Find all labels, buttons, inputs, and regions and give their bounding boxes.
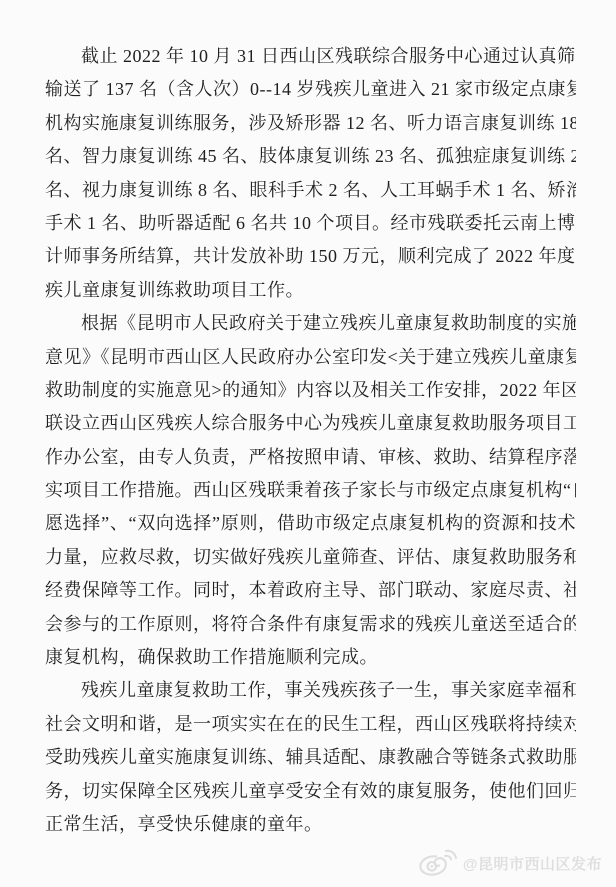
text-line: 作办公室，由专人负责，严格按照申请、审核、救助、结算程序落 — [45, 441, 576, 474]
text-line: 务，切实保障全区残疾儿童享受安全有效的康复服务，使他们回归 — [45, 775, 576, 808]
text-line: 正常生活，享受快乐健康的童年。 — [45, 808, 576, 841]
paragraph: 截止 2022 年 10 月 31 日西山区残联综合服务中心通过认真筛查 输送了… — [45, 40, 576, 307]
text-line: 计师事务所结算，共计发放补助 150 万元，顺利完成了 2022 年度残 — [45, 240, 576, 273]
text-line: 意见》《昆明市西山区人民政府办公室印发<关于建立残疾儿童康复 — [45, 341, 576, 374]
text-line: 疾儿童康复训练救助项目工作。 — [45, 274, 576, 307]
text-line: 输送了 137 名（含人次）0--14 岁残疾儿童进入 21 家市级定点康复 — [45, 73, 576, 106]
text-line: 名、视力康复训练 8 名、眼科手术 2 名、人工耳蜗手术 1 名、矫治 — [45, 174, 576, 207]
text-line: 会参与的工作原则，将符合条件有康复需求的残疾儿童送至适合的 — [45, 608, 576, 641]
weibo-icon — [416, 848, 458, 878]
text-line: 截止 2022 年 10 月 31 日西山区残联综合服务中心通过认真筛查 — [45, 40, 576, 73]
text-line: 康复机构，确保救助工作措施顺利完成。 — [45, 641, 576, 674]
text-line: 名、智力康复训练 45 名、肢体康复训练 23 名、孤独症康复训练 21 — [45, 140, 576, 173]
text-line: 经费保障等工作。同时，本着政府主导、部门联动、家庭尽责、社 — [45, 574, 576, 607]
text-line: 力量，应救尽救，切实做好残疾儿童筛查、评估、康复救助服务和 — [45, 541, 576, 574]
paragraph: 根据《昆明市人民政府关于建立残疾儿童康复救助制度的实施 意见》《昆明市西山区人民… — [45, 307, 576, 674]
text-line: 受助残疾儿童实施康复训练、辅具适配、康教融合等链条式救助服 — [45, 741, 576, 774]
text-line: 手术 1 名、助听器适配 6 名共 10 个项目。经市残联委托云南上博会 — [45, 207, 576, 240]
text-line: 愿选择”、“双向选择”原则，借助市级定点康复机构的资源和技术 — [45, 507, 576, 540]
weibo-watermark: @昆明市西山区发布 — [416, 848, 602, 878]
text-line: 残疾儿童康复救助工作，事关残疾孩子一生，事关家庭幸福和 — [45, 674, 576, 707]
text-line: 实项目工作措施。西山区残联秉着孩子家长与市级定点康复机构“自 — [45, 474, 576, 507]
text-line: 救助制度的实施意见>的通知》内容以及相关工作安排，2022 年区残 — [45, 374, 576, 407]
article-body: 截止 2022 年 10 月 31 日西山区残联综合服务中心通过认真筛查 输送了… — [45, 40, 576, 841]
paragraph: 残疾儿童康复救助工作，事关残疾孩子一生，事关家庭幸福和 社会文明和谐，是一项实实… — [45, 674, 576, 841]
text-line: 根据《昆明市人民政府关于建立残疾儿童康复救助制度的实施 — [45, 307, 576, 340]
text-line: 联设立西山区残疾人综合服务中心为残疾儿童康复救助服务项目工 — [45, 407, 576, 440]
weibo-watermark-text: @昆明市西山区发布 — [463, 853, 602, 874]
text-line: 社会文明和谐，是一项实实在在的民生工程，西山区残联将持续对 — [45, 708, 576, 741]
text-line: 机构实施康复训练服务，涉及矫形器 12 名、听力语言康复训练 18 — [45, 107, 576, 140]
